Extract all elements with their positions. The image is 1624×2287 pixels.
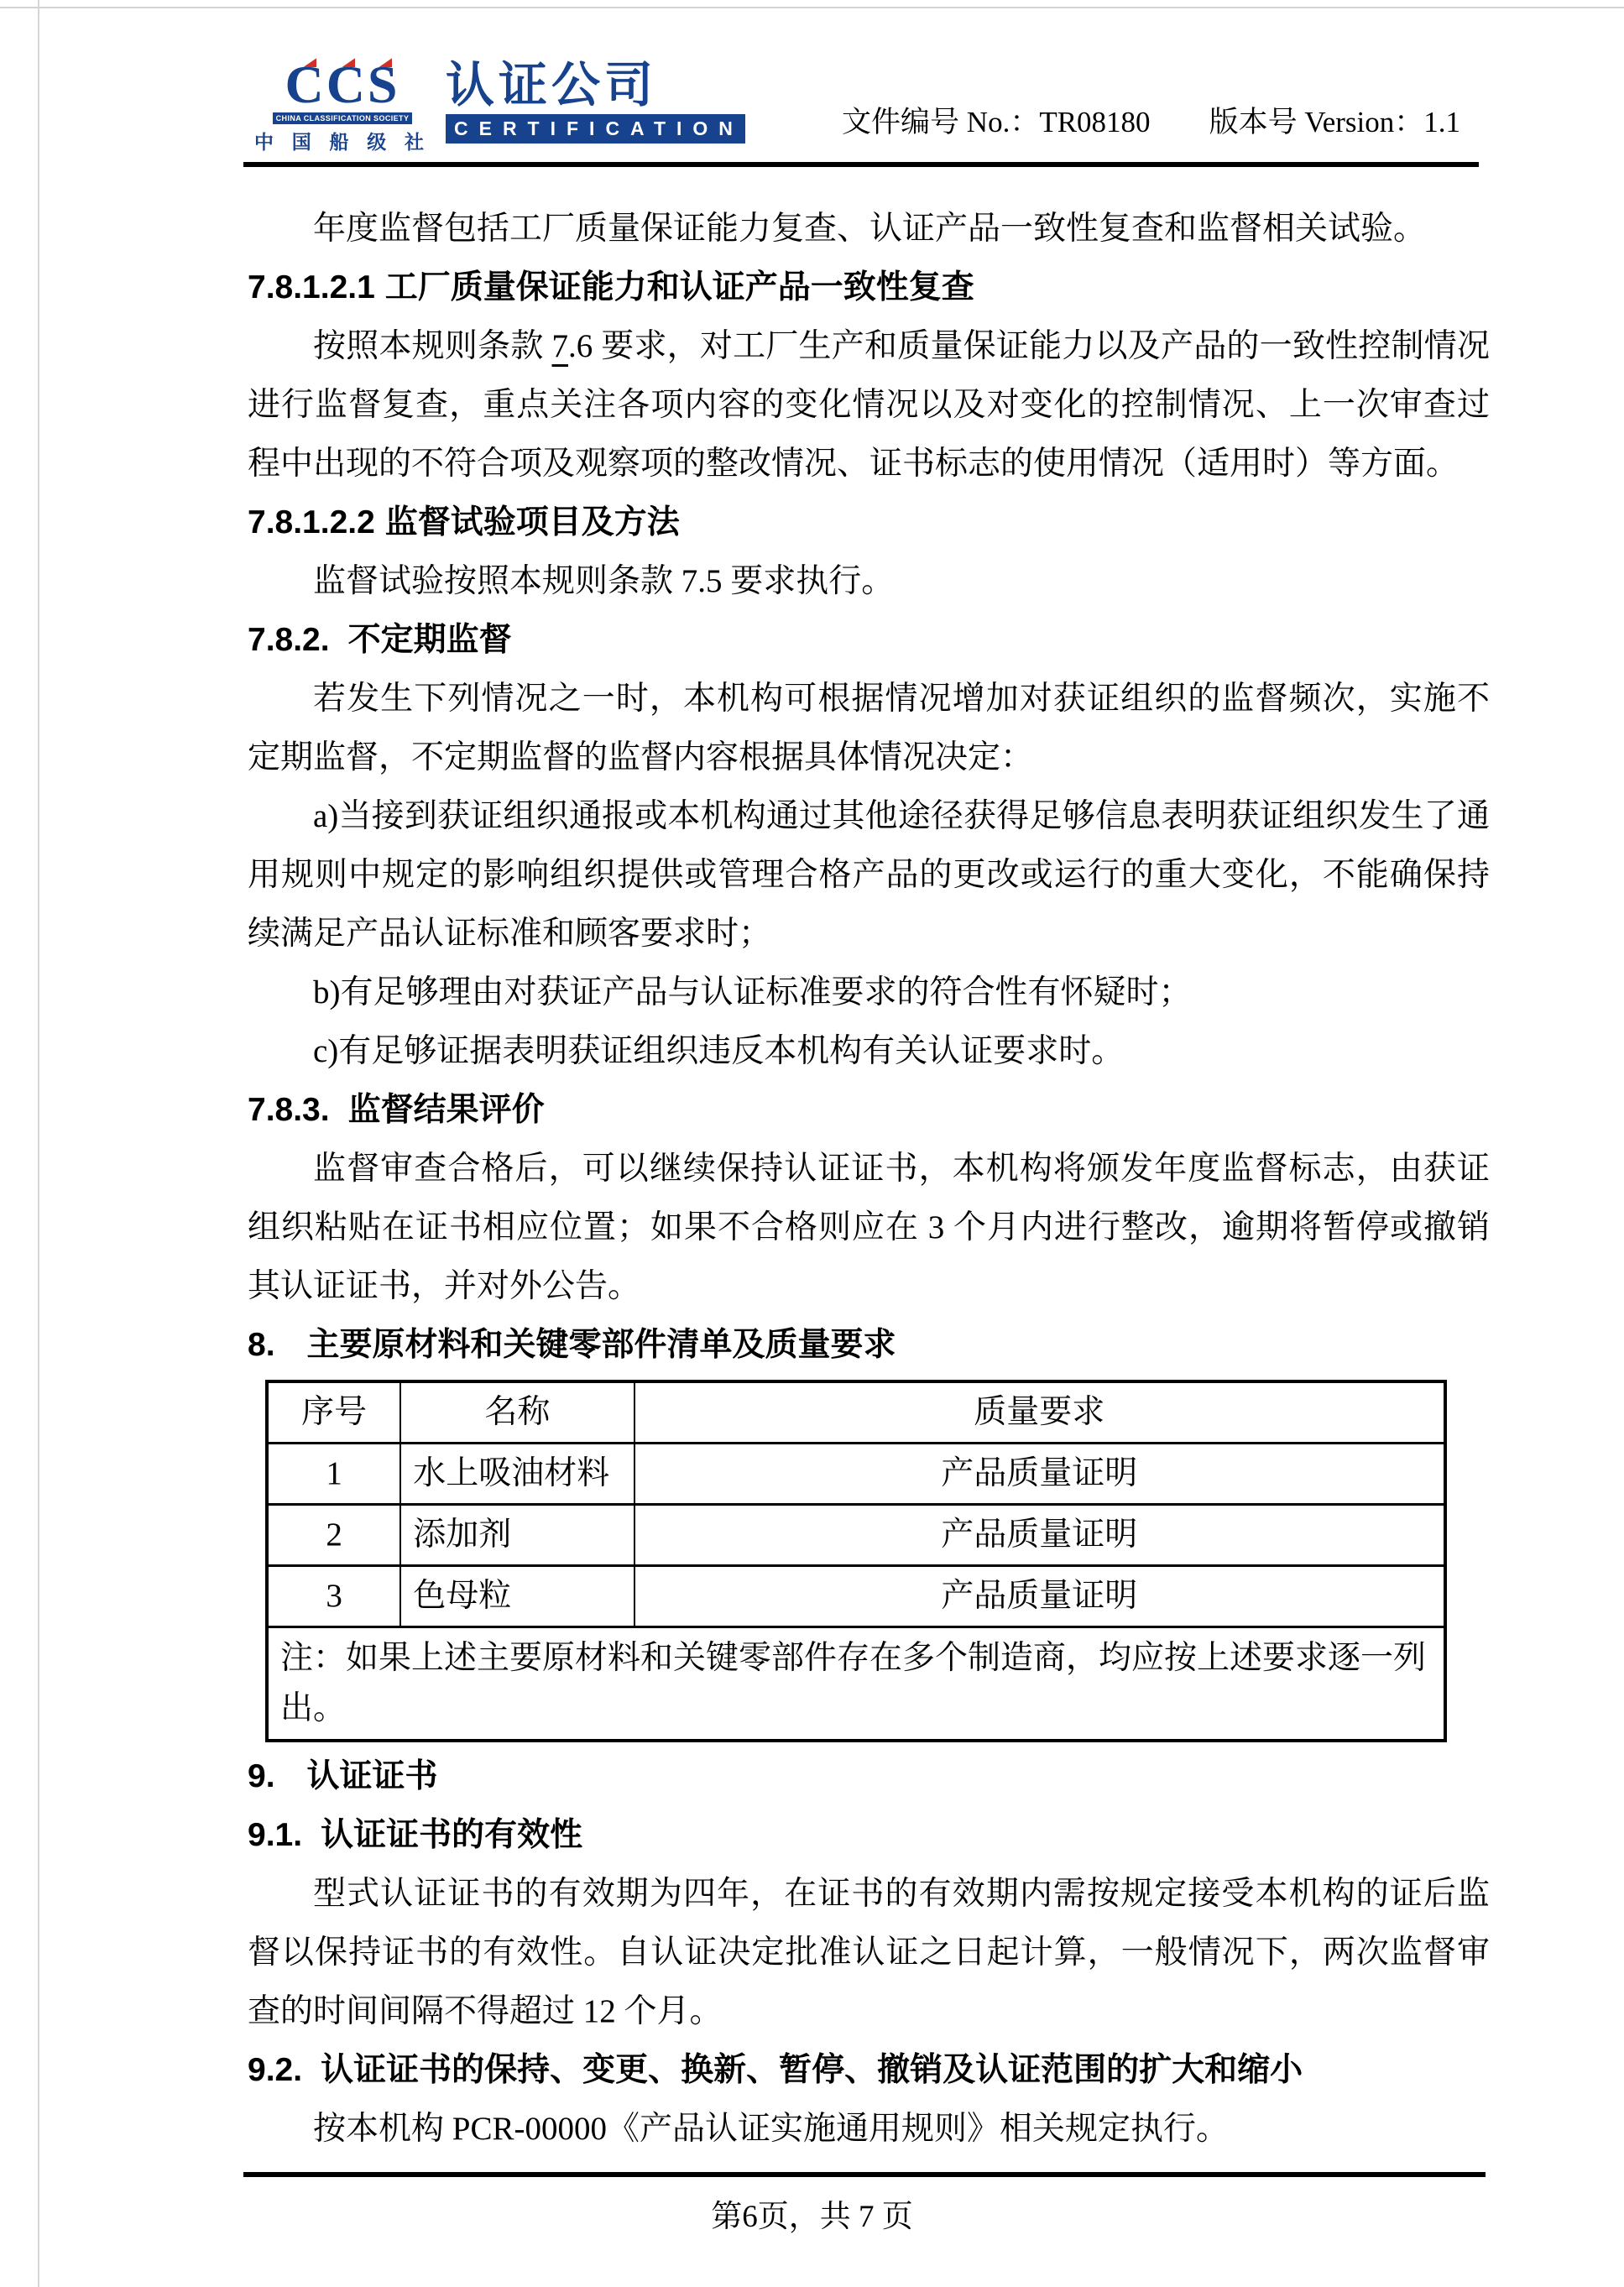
scan-artifact-top: [0, 7, 1624, 8]
heading-title: 主要原材料和关键零部件清单及质量要求: [307, 1327, 896, 1363]
paragraph-annual-supervision: 年度监督包括工厂质量保证能力复查、认证产品一致性复查和监督相关试验。: [248, 200, 1490, 258]
paragraph-certificate-validity: 型式认证证书的有效期为四年，在证书的有效期内需按规定接受本机构的证后监督以保持证…: [248, 1865, 1490, 2041]
cell-seq: 3: [267, 1566, 400, 1627]
table-row: 3 色母粒 产品质量证明: [267, 1566, 1445, 1627]
heading-number: 7.8.1.2.1: [248, 269, 375, 305]
column-header-name: 名称: [400, 1381, 634, 1444]
column-header-seq: 序号: [267, 1381, 400, 1444]
paragraph-supervision-test: 监督试验按照本规则条款 7.5 要求执行。: [248, 552, 1490, 611]
table-note-row: 注：如果上述主要原材料和关键零部件存在多个制造商，均应按上述要求逐一列出。: [267, 1627, 1445, 1741]
table-note: 注：如果上述主要原材料和关键零部件存在多个制造商，均应按上述要求逐一列出。: [267, 1627, 1445, 1741]
heading-title: 工厂质量保证能力和认证产品一致性复查: [385, 269, 974, 305]
heading-7-8-1-2-1: 7.8.1.2.1工厂质量保证能力和认证产品一致性复查: [248, 258, 1490, 317]
heading-title: 认证证书的有效性: [321, 1817, 582, 1853]
certification-band: CERTIFICATION: [446, 114, 745, 144]
ccs-logo-text: CCS: [285, 60, 399, 110]
scan-artifact-left: [38, 0, 39, 2287]
cell-name: 添加剂: [400, 1505, 634, 1566]
heading-number: 7.8.3.: [248, 1092, 330, 1128]
footer-divider: [243, 2172, 1486, 2177]
paragraph-supervision-result: 监督审查合格后，可以继续保持认证证书，本机构将颁发年度监督标志，由获证组织粘贴在…: [248, 1140, 1490, 1316]
ccs-logo: CCS CHINA CLASSIFICATION SOCIETY 中 国 船 级…: [254, 60, 745, 154]
list-item-b: b)有足够理由对获证产品与认证标准要求的符合性有怀疑时；: [248, 963, 1490, 1022]
cell-name: 水上吸油材料: [400, 1444, 634, 1505]
cell-name: 色母粒: [400, 1566, 634, 1627]
paragraph-factory-review: 按照本规则条款 7.6 要求，对工厂生产和质量保证能力以及产品的一致性控制情况进…: [248, 317, 1490, 493]
heading-7-8-1-2-2: 7.8.1.2.2监督试验项目及方法: [248, 493, 1490, 552]
heading-title: 监督试验项目及方法: [385, 504, 680, 540]
ccs-letters: CCS: [285, 55, 399, 114]
list-item-c: c)有足够证据表明获证组织违反本机构有关认证要求时。: [248, 1022, 1490, 1081]
document-number: 文件编号 No.：TR08180: [842, 106, 1151, 138]
clause-text: 按照本规则条款: [313, 328, 552, 364]
cell-seq: 1: [267, 1444, 400, 1505]
heading-7-8-3: 7.8.3.监督结果评价: [248, 1081, 1490, 1140]
header-divider: [243, 162, 1479, 167]
cell-requirement: 产品质量证明: [634, 1505, 1445, 1566]
heading-9-1: 9.1.认证证书的有效性: [248, 1806, 1490, 1865]
heading-number: 7.8.1.2.2: [248, 504, 375, 540]
ccs-logo-left: CCS CHINA CLASSIFICATION SOCIETY 中 国 船 级…: [254, 60, 431, 154]
column-header-requirement: 质量要求: [634, 1381, 1445, 1444]
document-page: { "header": { "logo": { "ccs": "CCS", "e…: [0, 0, 1624, 2287]
heading-7-8-2: 7.8.2.不定期监督: [248, 611, 1490, 670]
heading-number: 9.: [248, 1758, 275, 1794]
ccs-logo-right: 认证公司 CERTIFICATION: [446, 60, 745, 144]
table-header-row: 序号 名称 质量要求: [267, 1381, 1445, 1444]
heading-title: 不定期监督: [348, 622, 512, 658]
paragraph-irregular-supervision: 若发生下列情况之一时，本机构可根据情况增加对获证组织的监督频次，实施不定期监督，…: [248, 670, 1490, 787]
document-body: 年度监督包括工厂质量保证能力复查、认证产品一致性复查和监督相关试验。 7.8.1…: [248, 200, 1490, 2159]
heading-title: 认证证书: [307, 1758, 438, 1794]
heading-title: 监督结果评价: [348, 1092, 545, 1128]
version-number: 版本号 Version：1.1: [1209, 106, 1460, 138]
paragraph-pcr-rule: 按本机构 PCR-00000《产品认证实施通用规则》相关规定执行。: [248, 2100, 1490, 2159]
cell-requirement: 产品质量证明: [634, 1566, 1445, 1627]
table-row: 1 水上吸油材料 产品质量证明: [267, 1444, 1445, 1505]
cell-seq: 2: [267, 1505, 400, 1566]
page-number: 第6页，共 7 页: [0, 2190, 1624, 2236]
heading-8: 8.主要原材料和关键零部件清单及质量要求: [248, 1316, 1490, 1375]
heading-number: 8.: [248, 1327, 275, 1363]
heading-number: 9.2.: [248, 2052, 302, 2088]
heading-9: 9.认证证书: [248, 1747, 1490, 1806]
heading-number: 7.8.2.: [248, 622, 330, 658]
ccs-chinese-name: 中 国 船 级 社: [254, 127, 431, 154]
heading-9-2: 9.2.认证证书的保持、变更、换新、暂停、撤销及认证范围的扩大和缩小: [248, 2041, 1490, 2100]
heading-title: 认证证书的保持、变更、换新、暂停、撤销及认证范围的扩大和缩小: [321, 2052, 1303, 2088]
certification-company-cn: 认证公司: [446, 60, 745, 110]
cell-requirement: 产品质量证明: [634, 1444, 1445, 1505]
clause-ref-7: 7: [552, 328, 569, 364]
materials-table: 序号 名称 质量要求 1 水上吸油材料 产品质量证明 2 添加剂 产品质量证明 …: [265, 1380, 1447, 1742]
heading-number: 9.1.: [248, 1817, 302, 1853]
header-meta: 文件编号 No.：TR08180版本号 Version：1.1: [842, 99, 1460, 141]
list-item-a: a)当接到获证组织通报或本机构通过其他途径获得足够信息表明获证组织发生了通用规则…: [248, 787, 1490, 963]
table-row: 2 添加剂 产品质量证明: [267, 1505, 1445, 1566]
